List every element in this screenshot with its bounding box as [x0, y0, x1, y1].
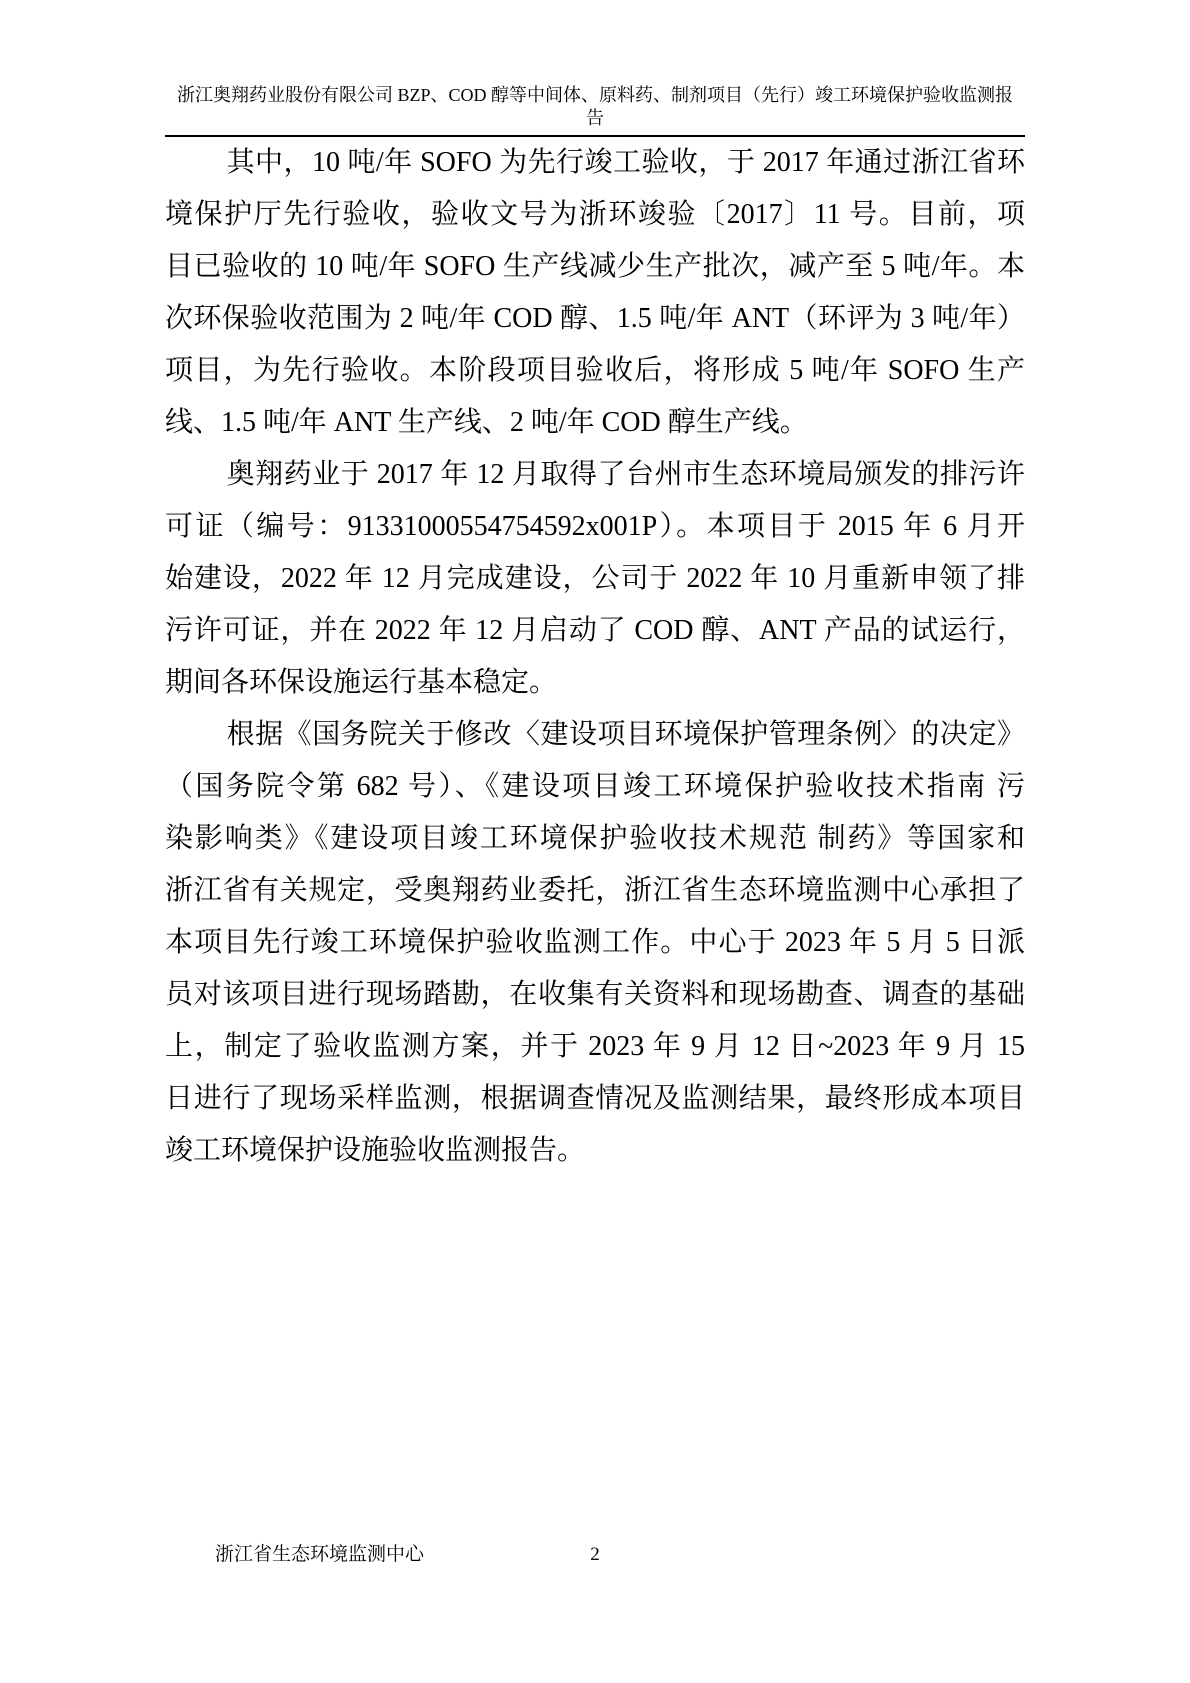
paragraph-1: 其中，10 吨/年 SOFO 为先行竣工验收，于 2017 年通过浙江省环 境保…: [165, 137, 1025, 449]
body-line: 上，制定了验收监测方案，并于 2023 年 9 月 12 日~2023 年 9 …: [165, 1021, 1025, 1073]
body-line: 员对该项目进行现场踏勘，在收集有关资料和现场勘查、调查的基础: [165, 969, 1025, 1021]
body-line: 其中，10 吨/年 SOFO 为先行竣工验收，于 2017 年通过浙江省环: [165, 137, 1025, 189]
body-line: 污许可证，并在 2022 年 12 月启动了 COD 醇、ANT 产品的试运行，: [165, 605, 1025, 657]
body-line: 期间各环保设施运行基本稳定。: [165, 657, 1025, 709]
document-body: 其中，10 吨/年 SOFO 为先行竣工验收，于 2017 年通过浙江省环 境保…: [165, 137, 1025, 1177]
page-footer: 浙江省生态环境监测中心 2: [165, 1541, 1025, 1569]
body-line: 本项目先行竣工环境保护验收监测工作。中心于 2023 年 5 月 5 日派: [165, 917, 1025, 969]
body-line: （国务院令第 682 号）、《建设项目竣工环境保护验收技术指南 污: [165, 761, 1025, 813]
header-title-line-1: 浙江奥翔药业股份有限公司 BZP、COD 醇等中间体、原料药、制剂项目（先行）竣…: [165, 84, 1025, 107]
page-number: 2: [165, 1541, 1025, 1569]
body-line: 染影响类》《建设项目竣工环境保护验收技术规范 制药》等国家和: [165, 813, 1025, 865]
body-line: 根据《国务院关于修改〈建设项目环境保护管理条例〉的决定》: [165, 709, 1025, 761]
body-line: 可证（编号：91331000554754592x001P）。本项目于 2015 …: [165, 501, 1025, 553]
page-header: 浙江奥翔药业股份有限公司 BZP、COD 醇等中间体、原料药、制剂项目（先行）竣…: [165, 84, 1025, 137]
body-line: 项目，为先行验收。本阶段项目验收后，将形成 5 吨/年 SOFO 生产: [165, 345, 1025, 397]
body-line: 竣工环境保护设施验收监测报告。: [165, 1125, 1025, 1177]
body-line: 浙江省有关规定，受奥翔药业委托，浙江省生态环境监测中心承担了: [165, 865, 1025, 917]
body-line: 日进行了现场采样监测，根据调查情况及监测结果，最终形成本项目: [165, 1073, 1025, 1125]
body-line: 奥翔药业于 2017 年 12 月取得了台州市生态环境局颁发的排污许: [165, 449, 1025, 501]
body-line: 线、1.5 吨/年 ANT 生产线、2 吨/年 COD 醇生产线。: [165, 397, 1025, 449]
paragraph-2: 奥翔药业于 2017 年 12 月取得了台州市生态环境局颁发的排污许 可证（编号…: [165, 449, 1025, 709]
document-page: 浙江奥翔药业股份有限公司 BZP、COD 醇等中间体、原料药、制剂项目（先行）竣…: [0, 0, 1190, 1683]
body-line: 始建设，2022 年 12 月完成建设，公司于 2022 年 10 月重新申领了…: [165, 553, 1025, 605]
header-title-line-2: 告: [165, 107, 1025, 130]
paragraph-3: 根据《国务院关于修改〈建设项目环境保护管理条例〉的决定》 （国务院令第 682 …: [165, 709, 1025, 1177]
body-line: 境保护厅先行验收，验收文号为浙环竣验〔2017〕11 号。目前，项: [165, 189, 1025, 241]
body-line: 目已验收的 10 吨/年 SOFO 生产线减少生产批次，减产至 5 吨/年。本: [165, 241, 1025, 293]
body-line: 次环保验收范围为 2 吨/年 COD 醇、1.5 吨/年 ANT（环评为 3 吨…: [165, 293, 1025, 345]
